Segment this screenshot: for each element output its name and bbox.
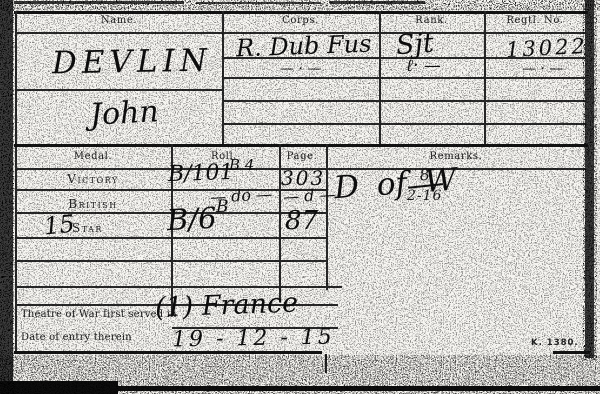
scan-edge-bottom-strip: [118, 386, 600, 391]
remarks-date-fraction: 8 2-16: [407, 165, 442, 204]
remarks-fraction-denominator: 2-16: [407, 188, 442, 204]
corps-ditto-mark: — · —: [280, 61, 321, 77]
forename-value: John: [89, 94, 159, 133]
scan-artifact-top-line-2: [196, 2, 321, 4]
regtl-no-ditto-mark: — · —: [522, 61, 563, 77]
roll-value-star: B/6: [166, 201, 217, 238]
scan-artifact-top-line-1: [14, 1, 184, 4]
medal-hand-15: 15: [43, 209, 76, 240]
card-top-border: [14, 11, 588, 14]
regtl-no-column-label: Regtl. No.: [484, 15, 586, 26]
section-divider: [14, 144, 588, 147]
grid-line-empty-row1: [16, 260, 326, 262]
page-ditto-british: — d —: [283, 185, 336, 207]
rank-ditto-mark: ℓ· —: [406, 56, 441, 76]
page-value-star: 87: [285, 206, 318, 236]
medal-name-star: Star: [72, 221, 103, 235]
grid-line-row4: [222, 123, 586, 125]
date-of-entry-value: 19 - 12 - 15: [172, 325, 335, 353]
rank-column-label: Rank.: [379, 15, 484, 26]
surname-value: DEVLIN: [52, 43, 212, 82]
grid-line-victory-row: [16, 189, 326, 191]
page-column-label: Page.: [279, 151, 325, 162]
scan-artifact-top-line-3: [330, 1, 425, 4]
card-bottom-border-left: [14, 351, 322, 354]
divider-page-remarks: [326, 144, 328, 290]
roll-value-victory: B/101: [168, 160, 234, 187]
roll-superscript-star: B: [216, 197, 229, 217]
medal-name-british: British: [16, 197, 170, 211]
medal-name-victory: Victory: [16, 172, 170, 186]
form-number: K. 1380.: [531, 338, 579, 348]
grid-line-name-underline: [16, 89, 222, 91]
grid-line-row2: [222, 77, 586, 79]
theatre-of-war-value: (1) France: [155, 288, 299, 324]
medal-index-card: Name. Corps. Rank. Regtl. No. DEVLIN Joh…: [0, 0, 600, 394]
scan-edge-bottom-left-block: [0, 381, 118, 394]
remarks-fraction-numerator: 8: [406, 163, 444, 189]
roll-superscript-victory: B 4: [229, 156, 254, 174]
remarks-column-label: Remarks.: [326, 151, 586, 162]
medal-column-label: Medal.: [16, 151, 170, 162]
grid-line-row3: [222, 100, 586, 102]
scan-edge-left: [0, 0, 13, 394]
corps-column-label: Corps.: [222, 15, 379, 26]
regtl-no-value: 13022: [505, 34, 588, 62]
name-column-label: Name.: [16, 15, 222, 26]
theatre-of-war-label: Theatre of War first served in: [21, 309, 177, 320]
card-bottom-border-right: [553, 351, 590, 354]
date-of-entry-label: Date of entry therein: [21, 332, 132, 343]
scan-artifact-stub-line: [325, 354, 327, 373]
corps-value: R. Dub Fus: [236, 30, 372, 63]
